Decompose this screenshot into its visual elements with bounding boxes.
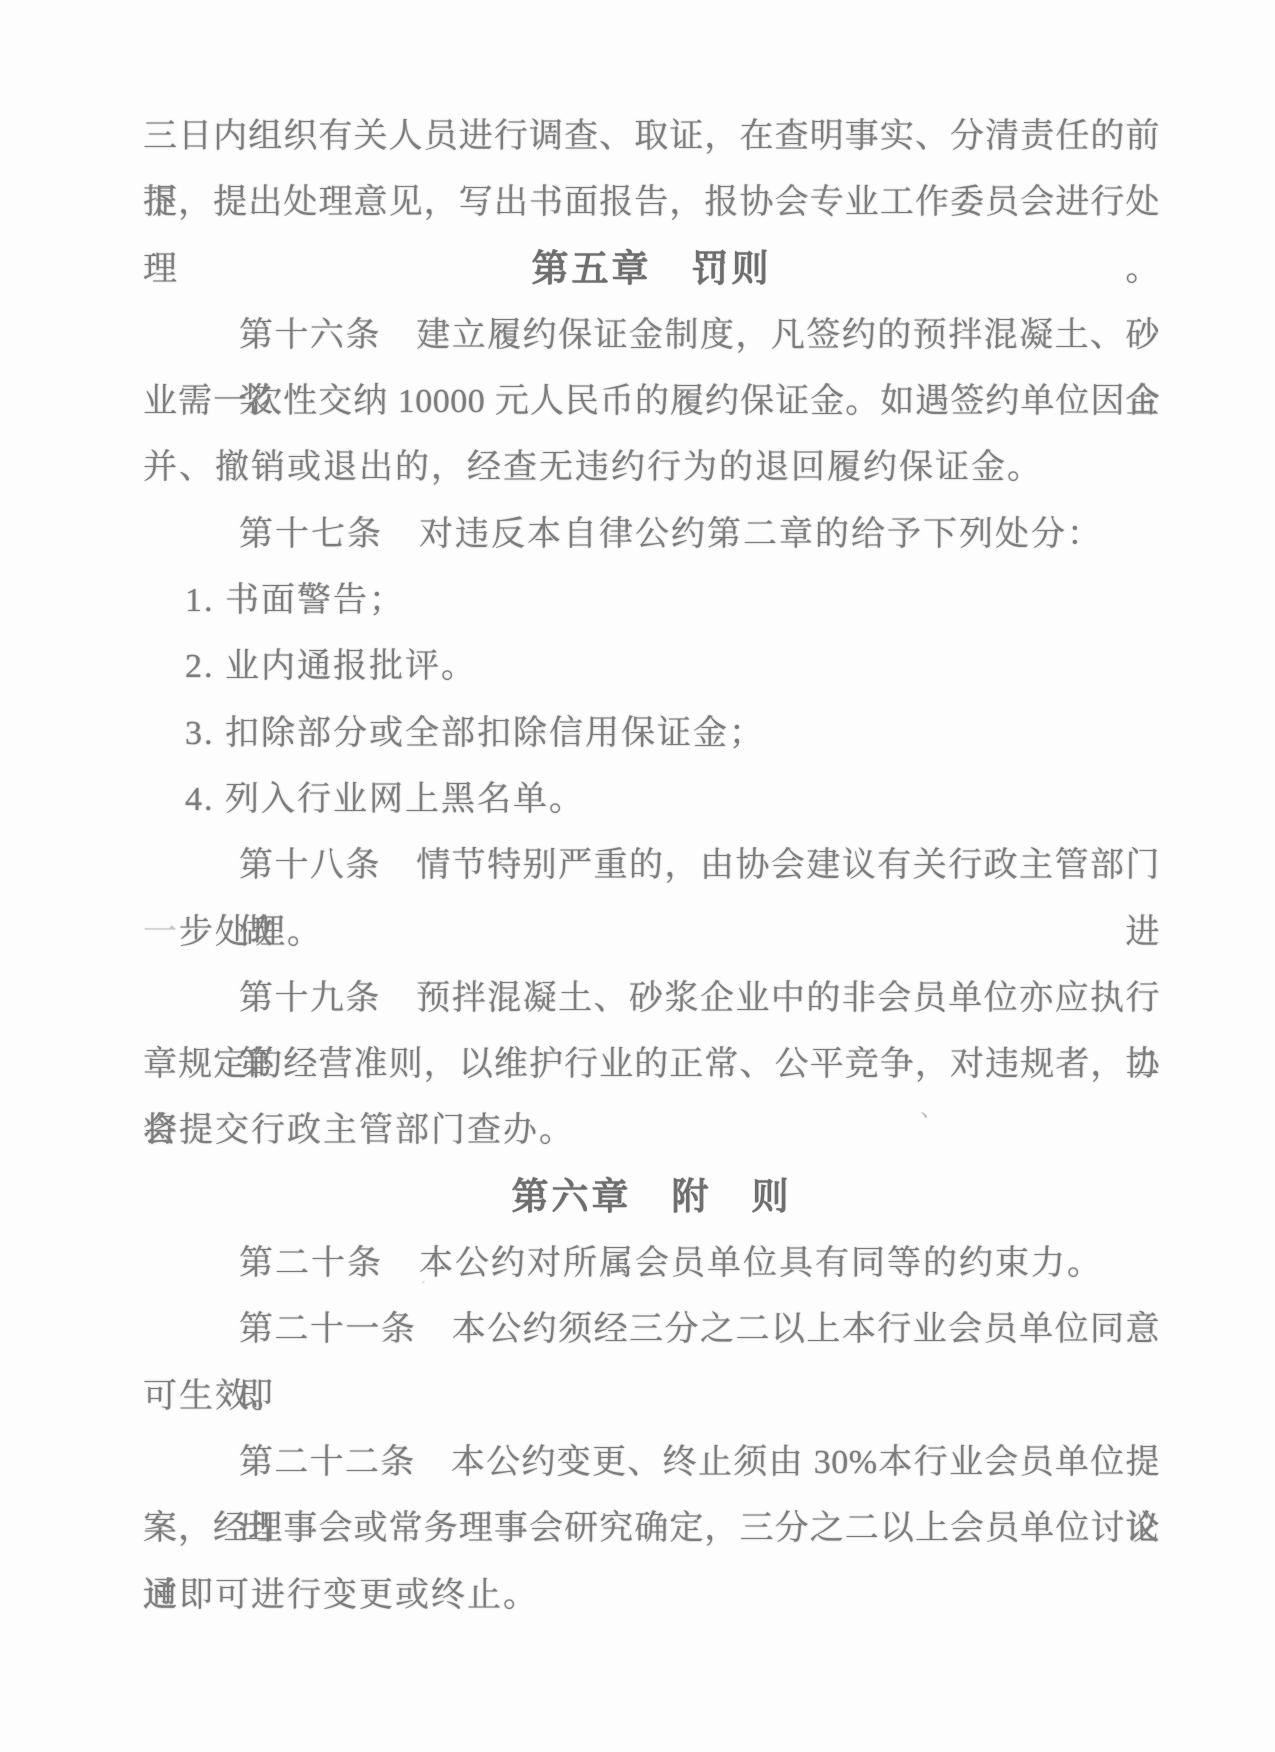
faded-character: 一 xyxy=(143,914,179,951)
article-18-line-2-text: 步处理。 xyxy=(179,914,323,951)
article-22-line-2: 案，经理事会或常务理事会研究确定，三分之二以上会员单位讨论通 xyxy=(143,1496,1160,1562)
article-19-line-3: 将提交行政主管部门查办。 xyxy=(143,1098,1160,1164)
document-text-block: 三日内组织有关人员进行调查、取证，在查明事实、分清责任的前提 下，提出处理意见，… xyxy=(143,104,1160,1629)
article-19-line-2: 章规定的经营准则，以维护行业的正常、公平竞争，对违规者，协会 xyxy=(143,1032,1160,1098)
article-22-line-3: 过即可进行变更或终止。 xyxy=(143,1563,1160,1629)
article-18-line-1: 第十八条 情节特别严重的，由协会建议有关行政主管部门做进 xyxy=(143,833,1160,899)
article-16-line-1: 第十六条 建立履约保证金制度，凡签约的预拌混凝土、砂浆企 xyxy=(143,303,1160,369)
article-16-line-2: 业需一次性交纳 10000 元人民币的履约保证金。如遇签约单位因合 xyxy=(143,369,1160,435)
article-20-line-1: 第二十条 本公约对所属会员单位具有同等的约束力。 xyxy=(143,1231,1160,1297)
scanned-document-page: 三日内组织有关人员进行调查、取证，在查明事实、分清责任的前提 下，提出处理意见，… xyxy=(0,0,1275,1752)
paragraph-investigation-line-1: 三日内组织有关人员进行调查、取证，在查明事实、分清责任的前提 xyxy=(143,104,1160,170)
scan-artifact-tick: 、 xyxy=(920,1088,944,1123)
penalty-list-item-2: 2. 业内通报批评。 xyxy=(143,634,1160,700)
chapter-6-heading: 第六章 附 则 xyxy=(143,1165,1160,1231)
article-21-line-2: 可生效。 xyxy=(143,1364,1160,1430)
article-22-line-1: 第二十二条 本公约变更、终止须由 30%本行业会员单位提出议 xyxy=(143,1430,1160,1496)
penalty-list-item-1: 1. 书面警告； xyxy=(143,568,1160,634)
penalty-list-item-4: 4. 列入行业网上黑名单。 xyxy=(143,767,1160,833)
article-16-line-3: 并、撤销或退出的，经查无违约行为的退回履约保证金。 xyxy=(143,435,1160,501)
article-19-line-1: 第十九条 预拌混凝土、砂浆企业中的非会员单位亦应执行第二 xyxy=(143,966,1160,1032)
scan-artifact-speck: ˊ xyxy=(420,1278,426,1299)
penalty-list-item-3: 3. 扣除部分或全部扣除信用保证金； xyxy=(143,701,1160,767)
paragraph-investigation-line-2: 下，提出处理意见，写出书面报告，报协会专业工作委员会进行处理。 xyxy=(143,170,1160,236)
article-21-line-1: 第二十一条 本公约须经三分之二以上本行业会员单位同意即 xyxy=(143,1297,1160,1363)
article-17-line-1: 第十七条 对违反本自律公约第二章的给予下列处分： xyxy=(143,502,1160,568)
